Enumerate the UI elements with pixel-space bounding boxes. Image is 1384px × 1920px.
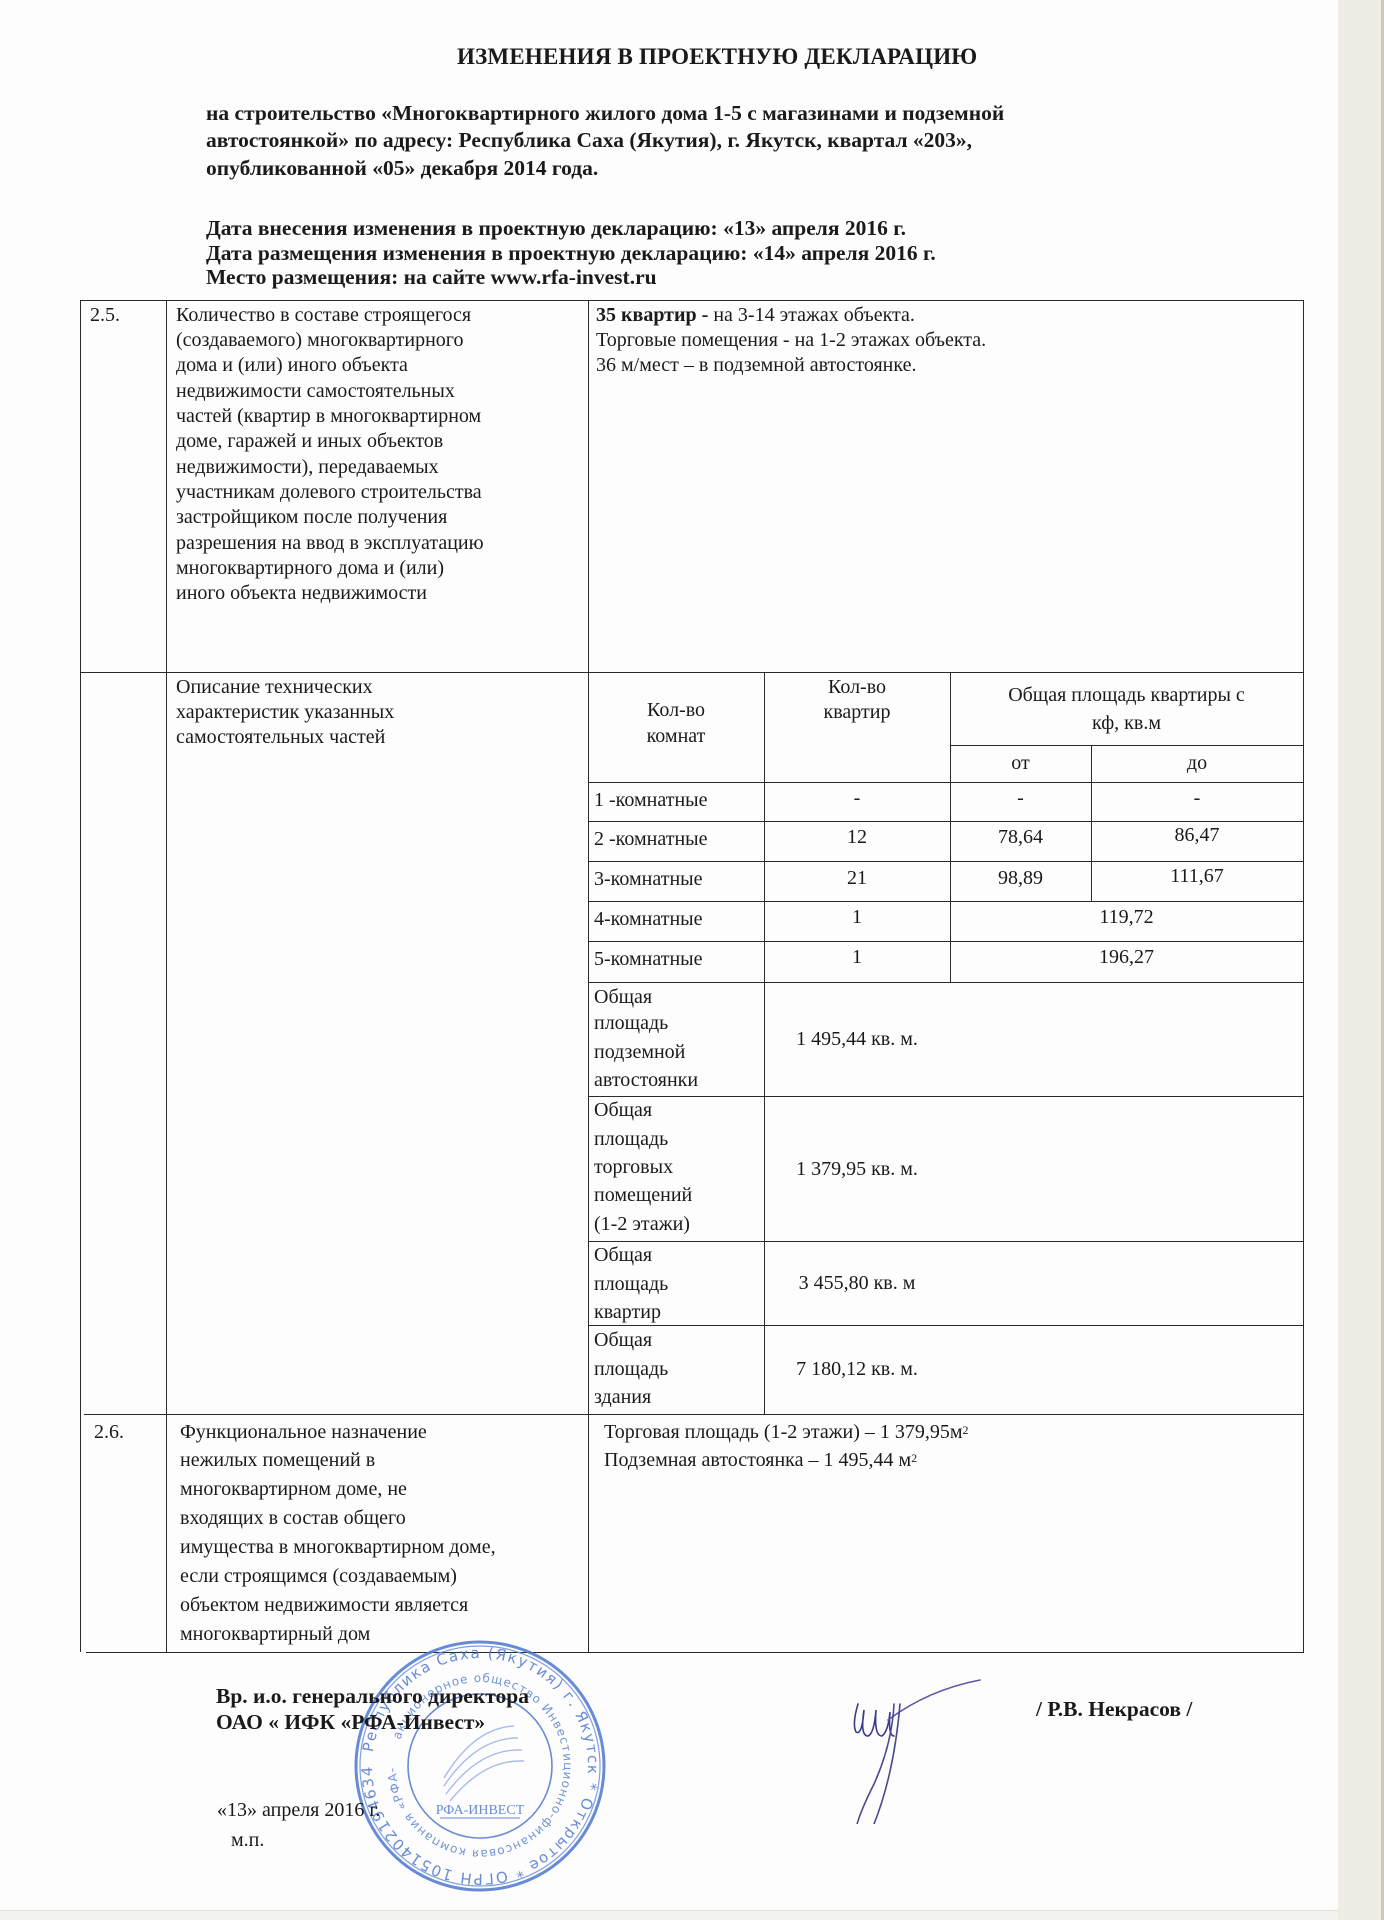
total-label-line: Общая <box>594 985 652 1010</box>
header-rooms-line-1: Кол-во <box>588 698 764 723</box>
flat-count: 1 <box>764 945 950 970</box>
total-label-line: площадь <box>594 1272 668 1297</box>
room-type: 1 -комнатные <box>594 788 707 813</box>
total-value: 3 455,80 кв. м <box>764 1271 950 1296</box>
apartments-floors: на 3-14 этажах объекта. <box>713 304 915 326</box>
tech-label-line-2: характеристик указанных <box>176 700 394 725</box>
subtitle-line-2: автостоянкой» по адресу: Республика Саха… <box>206 127 972 154</box>
room-type: 4-комнатные <box>594 907 702 932</box>
signing-date: «13» апреля 2016 г. <box>217 1799 380 1822</box>
label-line: Функциональное назначение <box>180 1420 427 1445</box>
area-to: 111,67 <box>1091 864 1303 889</box>
row-2-5-number: 2.5. <box>90 303 120 328</box>
total-label-line: автостоянки <box>594 1068 698 1093</box>
row-tech-bottom-border <box>84 1414 1304 1415</box>
parking-area-text: Подземная автостоянка – 1 495,44 м <box>604 1449 911 1471</box>
retail-area-text: Торговая площадь (1-2 этажи) – 1 379,95м <box>604 1421 963 1443</box>
table-bottom-border <box>86 1652 1304 1653</box>
area-to: - <box>1091 786 1303 811</box>
label-line: имущества в многоквартирном доме, <box>180 1535 496 1560</box>
row-2-5-value-line-2: Торговые помещения - на 1-2 этажах объек… <box>596 328 986 353</box>
table-right-border <box>1303 300 1304 1652</box>
flat-count: 1 <box>764 905 950 930</box>
total-label-line: (1-2 этажи) <box>594 1212 690 1237</box>
total-value: 1 495,44 кв. м. <box>764 1027 950 1052</box>
total-value: 1 379,95 кв. м. <box>764 1157 950 1182</box>
signature-icon <box>828 1664 1028 1824</box>
change-date-line: Дата внесения изменения в проектную декл… <box>206 215 906 242</box>
flat-count: 12 <box>764 825 950 850</box>
total-label-line: здания <box>594 1385 651 1410</box>
position-title-line-1: Вр. и.о. генерального директора <box>216 1684 529 1709</box>
label-line: Количество в составе строящегося <box>176 303 471 328</box>
label-line: нежилых помещений в <box>180 1448 375 1473</box>
subtable-row-line-5 <box>588 982 1303 983</box>
area-from: 78,64 <box>950 825 1091 850</box>
tech-label-line-1: Описание технических <box>176 675 373 700</box>
row-2-6-number: 2.6. <box>94 1420 124 1445</box>
header-rooms-line-2: комнат <box>588 724 764 749</box>
subtable-row-line-7 <box>588 1241 1303 1242</box>
tech-label-line-3: самостоятельных частей <box>176 725 385 750</box>
room-type: 2 -комнатные <box>594 827 707 852</box>
document-title: ИЗМЕНЕНИЯ В ПРОЕКТНУЮ ДЕКЛАРАЦИЮ <box>457 44 977 70</box>
total-label-line: торговых <box>594 1155 673 1180</box>
room-type: 5-комнатные <box>594 947 702 972</box>
subtable-row-line-6 <box>588 1096 1303 1097</box>
subtitle-line-1: на строительство «Многоквартирного жилог… <box>206 100 1004 127</box>
area-value: 196,27 <box>950 945 1303 970</box>
apartments-count-bold: 35 квартир - <box>596 304 713 326</box>
label-line: (создаваемого) многоквартирного <box>176 328 464 353</box>
subtable-row-line-8 <box>588 1325 1303 1326</box>
header-area-line-1: Общая площадь квартиры с <box>950 683 1303 708</box>
col-label-divider <box>588 300 589 1652</box>
subtable-row-line-4 <box>588 941 1303 942</box>
total-label-line: площадь <box>594 1011 668 1036</box>
stamp-center-text: РФА-ИНВЕСТ <box>436 1803 525 1818</box>
signatory-name: / Р.В. Некрасов / <box>1036 1697 1192 1722</box>
subtable-header-bottom <box>588 782 1303 783</box>
total-label-line: Общая <box>594 1243 652 1268</box>
subtable-row-line-1 <box>588 821 1303 822</box>
header-from: от <box>950 751 1091 776</box>
label-line: разрешения на ввод в эксплуатацию <box>176 531 484 556</box>
label-line: объектом недвижимости является <box>180 1593 468 1618</box>
flat-count: 21 <box>764 866 950 891</box>
subtable-row-line-2 <box>588 861 1303 862</box>
label-line: иного объекта недвижимости <box>176 581 427 606</box>
total-label-line: помещений <box>594 1183 692 1208</box>
label-line: застройщиком после получения <box>176 505 447 530</box>
total-value: 7 180,12 кв. м. <box>764 1357 950 1382</box>
superscript: 2 <box>963 1423 969 1437</box>
label-line: доме, гаражей и иных объектов <box>176 429 443 454</box>
seal-mark: м.п. <box>231 1829 264 1852</box>
subtitle-line-3: опубликованной «05» декабря 2014 года. <box>206 155 598 182</box>
position-title-line-2: ОАО « ИФК «РФА-Инвест» <box>216 1710 485 1735</box>
total-label-line: площадь <box>594 1357 668 1382</box>
label-line: многоквартирного дома и (или) <box>176 556 444 581</box>
flat-count: - <box>764 786 950 811</box>
header-area-line-2: кф, кв.м <box>950 711 1303 736</box>
subtable-row-line-3 <box>588 901 1303 902</box>
row-2-5-bottom-border <box>81 672 1304 673</box>
area-from: - <box>950 786 1091 811</box>
superscript: 2 <box>911 1451 917 1465</box>
row-2-6-value-line-2: Подземная автостоянка – 1 495,44 м2 <box>604 1448 917 1473</box>
header-flats-line-1: Кол-во <box>764 675 950 700</box>
label-line: если строящимся (создаваемым) <box>180 1564 457 1589</box>
total-label-line: Общая <box>594 1098 652 1123</box>
total-label-line: площадь <box>594 1127 668 1152</box>
col-number-divider <box>166 300 167 1652</box>
label-line: многоквартирный дом <box>180 1622 370 1647</box>
label-line: дома и (или) иного объекта <box>176 353 408 378</box>
label-line: недвижимости), передаваемых <box>176 455 439 480</box>
total-label-line: квартир <box>594 1300 661 1325</box>
total-label-line: подземной <box>594 1040 685 1065</box>
publish-date-line: Дата размещения изменения в проектную де… <box>206 240 936 267</box>
area-value: 119,72 <box>950 905 1303 930</box>
label-line: входящих в состав общего <box>180 1506 406 1531</box>
company-seal-stamp-icon: Республика Саха (Якутия) г. Якутск * Отк… <box>352 1638 608 1894</box>
total-label-line: Общая <box>594 1328 652 1353</box>
scan-edge-strip <box>1338 0 1384 1920</box>
row-2-5-value-line-1: 35 квартир - на 3-14 этажах объекта. <box>596 303 915 328</box>
header-to: до <box>1091 751 1303 776</box>
table-left-border <box>80 300 81 1652</box>
scan-bottom-edge <box>0 1910 1338 1920</box>
header-flats-line-2: квартир <box>764 700 950 725</box>
row-2-6-value-line-1: Торговая площадь (1-2 этажи) – 1 379,95м… <box>604 1420 969 1445</box>
label-line: частей (квартир в многоквартирном <box>176 404 481 429</box>
area-from: 98,89 <box>950 866 1091 891</box>
room-type: 3-комнатные <box>594 867 702 892</box>
publish-place-line: Место размещения: на сайте www.rfa-inves… <box>206 264 657 291</box>
label-line: участникам долевого строительства <box>176 480 482 505</box>
area-to: 86,47 <box>1091 823 1303 848</box>
label-line: многоквартирном доме, не <box>180 1477 407 1502</box>
area-header-divider <box>950 745 1303 746</box>
label-line: недвижимости самостоятельных <box>176 379 455 404</box>
table-top-border <box>80 300 1304 301</box>
row-2-5-value-line-3: 36 м/мест – в подземной автостоянке. <box>596 353 916 378</box>
